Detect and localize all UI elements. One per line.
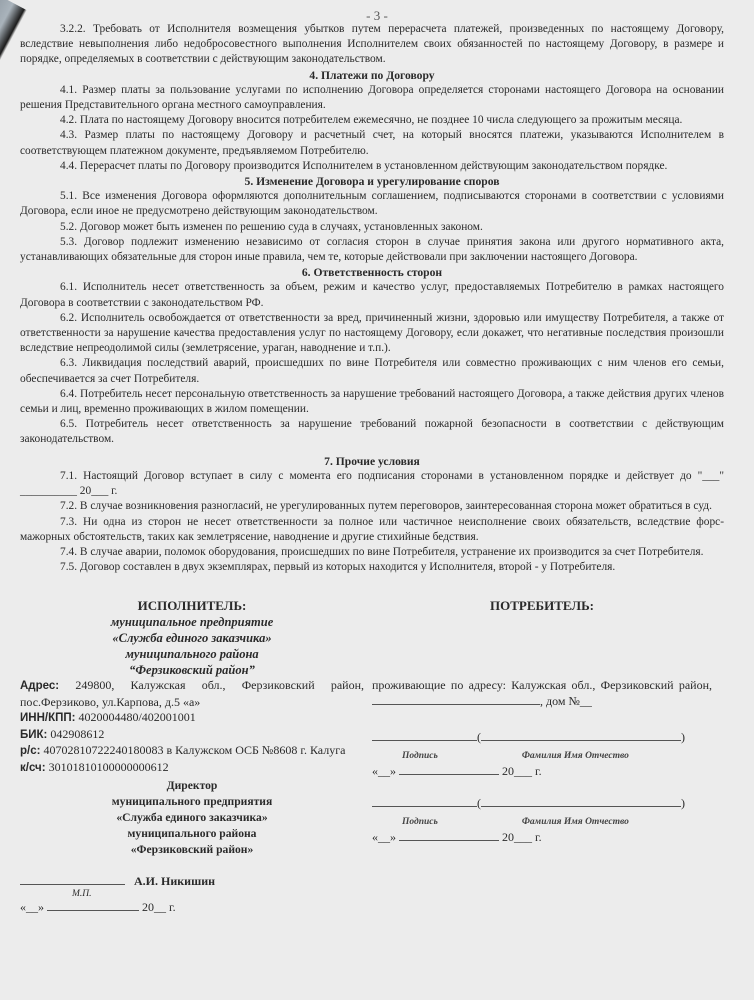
executor-inn: ИНН/КПП: 4020004480/402001001 — [20, 710, 364, 727]
executor-org-line: «Служба единого заказчика» — [20, 630, 364, 646]
contract-body: 3.2.2. Требовать от Исполнителя возмещен… — [20, 22, 724, 575]
executor-date-row: «__» 20__ г. — [20, 899, 364, 915]
signature-label: Подпись — [402, 751, 438, 761]
clause-paragraph: 4.4. Перерасчет платы по Договору произв… — [20, 159, 724, 174]
executor-column: ИСПОЛНИТЕЛЬ: муниципальное предприятие «… — [20, 598, 364, 915]
clause-paragraph: 4.1. Размер платы за пользование услугам… — [20, 83, 724, 113]
director-line: «Служба единого заказчика» — [20, 810, 364, 826]
clause-paragraph: 4.2. Плата по настоящему Договору вносит… — [20, 113, 724, 128]
date-month-field[interactable] — [399, 840, 499, 841]
clause-paragraph: 6.3. Ликвидация последствий аварий, прои… — [20, 356, 724, 386]
clause-paragraph: 7.3. Ни одна из сторон не несет ответств… — [20, 515, 724, 545]
executor-address: Адрес: 249800, Калужская обл., Ферзиковс… — [20, 678, 364, 710]
consumer-column: ПОТРЕБИТЕЛЬ: проживающие по адресу: Калу… — [372, 598, 712, 845]
clause-paragraph: 7.2. В случае возникновения разногласий,… — [20, 499, 724, 514]
stamp-label: М.П. — [72, 889, 364, 899]
director-line: Директор — [20, 778, 364, 794]
executor-corr-account: к/сч: 30101810100000000612 — [20, 760, 364, 777]
consumer-address: проживающие по адресу: Калужская обл., Ф… — [372, 678, 712, 709]
consumer-street-field[interactable] — [372, 704, 540, 705]
executor-bik: БИК: 042908612 — [20, 727, 364, 744]
fio-field[interactable] — [481, 806, 681, 807]
clause-paragraph: 7.4. В случае аварии, поломок оборудован… — [20, 545, 724, 560]
clause-paragraph: 6.1. Исполнитель несет ответственность з… — [20, 280, 724, 310]
clause-paragraph: 4.3. Размер платы по настоящему Договору… — [20, 128, 724, 158]
consumer-title: ПОТРЕБИТЕЛЬ: — [372, 598, 712, 614]
fio-field[interactable] — [481, 740, 681, 741]
clause-paragraph: 5.1. Все изменения Договора оформляются … — [20, 189, 724, 219]
clause-paragraph: 6.2. Исполнитель освобождается от ответс… — [20, 311, 724, 357]
signature-label: Подпись — [402, 817, 438, 827]
clause-paragraph: 6.4. Потребитель несет персональную отве… — [20, 387, 724, 417]
executor-date-month-field[interactable] — [47, 910, 139, 911]
clause-paragraph: 6.5. Потребитель несет ответственность з… — [20, 417, 724, 447]
section-heading: 4. Платежи по Договору — [20, 68, 724, 83]
consumer-signature-1: () Подпись Фамилия Имя Отчество «__» 20_… — [372, 729, 712, 779]
executor-signer-name: А.И. Никишин — [134, 874, 215, 888]
signature-block: ИСПОЛНИТЕЛЬ: муниципальное предприятие «… — [0, 598, 754, 928]
executor-account: р/с: 40702810722240180083 в Калужском ОС… — [20, 743, 364, 760]
director-line: муниципального предприятия — [20, 794, 364, 810]
fio-label: Фамилия Имя Отчество — [522, 817, 629, 827]
clause-paragraph: 3.2.2. Требовать от Исполнителя возмещен… — [20, 22, 724, 68]
director-line: «Ферзиковский район» — [20, 842, 364, 858]
signature-field[interactable] — [372, 740, 477, 741]
section-heading: 6. Ответственность сторон — [20, 265, 724, 280]
clause-paragraph: 7.5. Договор составлен в двух экземпляра… — [20, 560, 724, 575]
executor-title: ИСПОЛНИТЕЛЬ: — [20, 598, 364, 614]
executor-org-line: муниципальное предприятие — [20, 614, 364, 630]
executor-org-line: “Ферзиковский район” — [20, 662, 364, 678]
consumer-signature-2: () Подпись Фамилия Имя Отчество «__» 20_… — [372, 795, 712, 845]
signature-field[interactable] — [372, 806, 477, 807]
executor-signature-field[interactable] — [20, 884, 125, 885]
executor-org-line: муниципального района — [20, 646, 364, 662]
executor-signature-row: А.И. Никишин — [20, 874, 364, 889]
date-month-field[interactable] — [399, 774, 499, 775]
fio-label: Фамилия Имя Отчество — [522, 751, 629, 761]
director-line: муниципального района — [20, 826, 364, 842]
clause-paragraph: 7.1. Настоящий Договор вступает в силу с… — [20, 469, 724, 499]
section-heading: 7. Прочие условия — [20, 454, 724, 469]
section-heading: 5. Изменение Договора и урегулирование с… — [20, 174, 724, 189]
clause-paragraph: 5.3. Договор подлежит изменению независи… — [20, 235, 724, 265]
clause-paragraph: 5.2. Договор может быть изменен по решен… — [20, 220, 724, 235]
